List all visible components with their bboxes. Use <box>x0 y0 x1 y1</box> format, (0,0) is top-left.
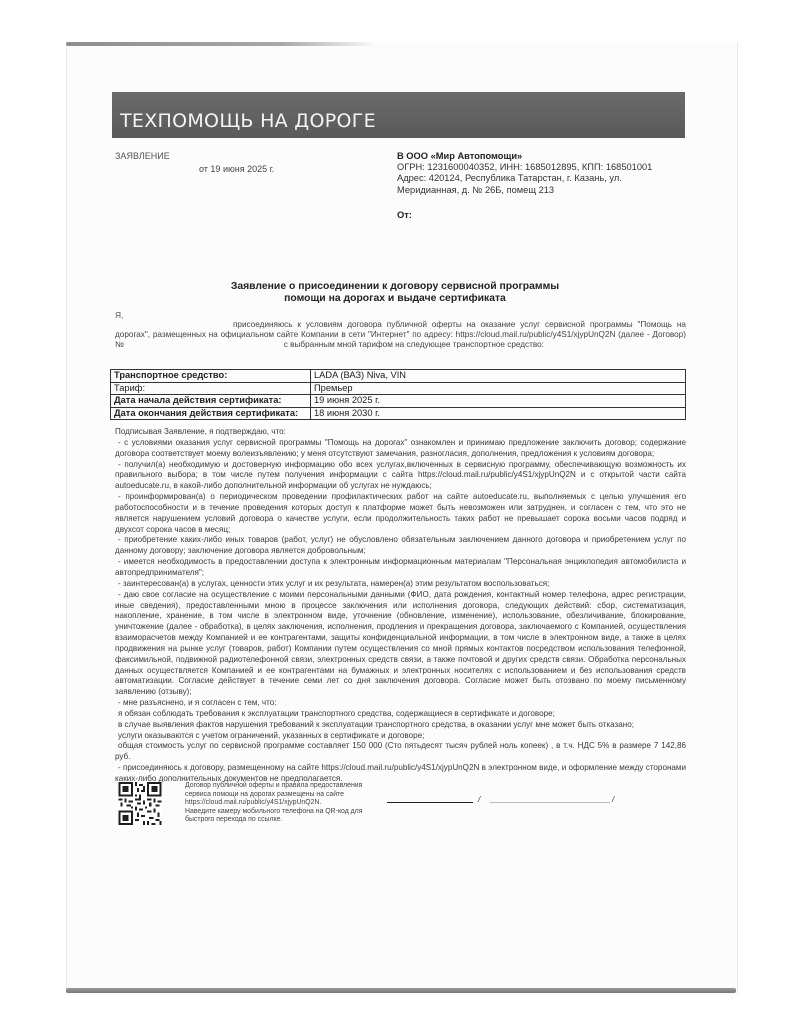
addressee-address-line2: Меридианная, д. № 26Б, помещ 213 <box>397 185 652 196</box>
document-date: от 19 июня 2025 г. <box>199 164 274 174</box>
contract-link: https://cloud.mail.ru/public/y4S1/xjypUn… <box>185 799 390 808</box>
signature-line <box>387 802 473 803</box>
header-banner: ТЕХПОМОЩЬ НА ДОРОГЕ <box>112 92 685 138</box>
table-row-value: 19 июня 2025 г. <box>311 395 686 408</box>
signature-separator: / <box>478 795 480 804</box>
intro-text-part2: с выбранным мной тарифом на следующее тр… <box>284 340 544 349</box>
page-edge-shadow-bottom <box>66 988 736 993</box>
table-row-value: LADA (ВАЗ) Niva, VIN <box>311 370 686 383</box>
qr-code-icon <box>118 782 162 825</box>
table-row: Дата окончания действия сертификата:18 и… <box>111 407 686 420</box>
table-row-label: Дата окончания действия сертификата: <box>111 407 311 420</box>
confirmation-item: - имеется необходимость в предоставлении… <box>115 557 686 579</box>
confirmations-section: Подписывая Заявление, я подтверждаю, что… <box>115 427 686 785</box>
addressee-block: В ООО «Мир Автопомощи» ОГРН: 12316000403… <box>397 151 652 196</box>
addressee-registry: ОГРН: 1231600040352, ИНН: 1685012895, КП… <box>397 162 652 173</box>
confirmation-item: - мне разъяснено, и я согласен с тем, чт… <box>115 698 686 709</box>
confirmation-item: - даю свое согласие на осуществление с м… <box>115 590 686 698</box>
confirmation-item: - получил(а) необходимую и достоверную и… <box>115 460 686 493</box>
table-row: Дата начала действия сертификата:19 июня… <box>111 395 686 408</box>
confirmation-item: - проинформирован(а) о периодическом про… <box>115 492 686 535</box>
table-row-value: 18 июня 2030 г. <box>311 407 686 420</box>
page-edge-shadow-top <box>66 42 376 46</box>
table-row-value: Премьер <box>311 382 686 395</box>
confirmation-item: я обязан соблюдать требования к эксплуат… <box>115 709 686 720</box>
table-row: Тариф:Премьер <box>111 382 686 395</box>
confirmation-item: - приобретение каких-либо иных товаров (… <box>115 535 686 557</box>
certificate-table: Транспортное средство:LADA (ВАЗ) Niva, V… <box>110 369 686 420</box>
table-row-label: Дата начала действия сертификата: <box>111 395 311 408</box>
qr-caption: Договор публичной оферты и правила предо… <box>185 782 390 825</box>
title-line-1: Заявление о присоединении к договору сер… <box>140 281 650 293</box>
addressee-org: В ООО «Мир Автопомощи» <box>397 151 652 162</box>
applicant-pronoun: Я, <box>115 310 123 320</box>
confirmation-item: общая стоимость услуг по сервисной прогр… <box>115 741 686 763</box>
from-label: От: <box>397 210 412 220</box>
table-row: Транспортное средство:LADA (ВАЗ) Niva, V… <box>111 370 686 383</box>
intro-paragraph: присоединяюсь к условиям договора публич… <box>115 320 686 351</box>
name-transcript-line <box>490 802 610 803</box>
table-row-label: Транспортное средство: <box>111 370 311 383</box>
banner-title: ТЕХПОМОЩЬ НА ДОРОГЕ <box>120 110 376 132</box>
document-title: Заявление о присоединении к договору сер… <box>140 281 650 306</box>
confirmations-lead: Подписывая Заявление, я подтверждаю, что… <box>115 427 686 438</box>
document-type: ЗАЯВЛЕНИЕ <box>115 151 170 161</box>
signature-separator-end: / <box>612 795 614 804</box>
confirmation-item: - с условиями оказания услуг сервисной п… <box>115 438 686 460</box>
addressee-address-line1: Адрес: 420124, Республика Татарстан, г. … <box>397 173 652 184</box>
confirmation-item: услуги оказываются с учетом ограничений,… <box>115 731 686 742</box>
title-line-2: помощи на дорогах и выдаче сертификата <box>140 293 650 305</box>
table-row-label: Тариф: <box>111 382 311 395</box>
confirmation-item: в случае выявления фактов нарушения треб… <box>115 720 686 731</box>
confirmation-item: - заинтересован(а) в услугах, ценности э… <box>115 579 686 590</box>
intro-text-part1: присоединяюсь к условиям договора публич… <box>115 320 686 351</box>
